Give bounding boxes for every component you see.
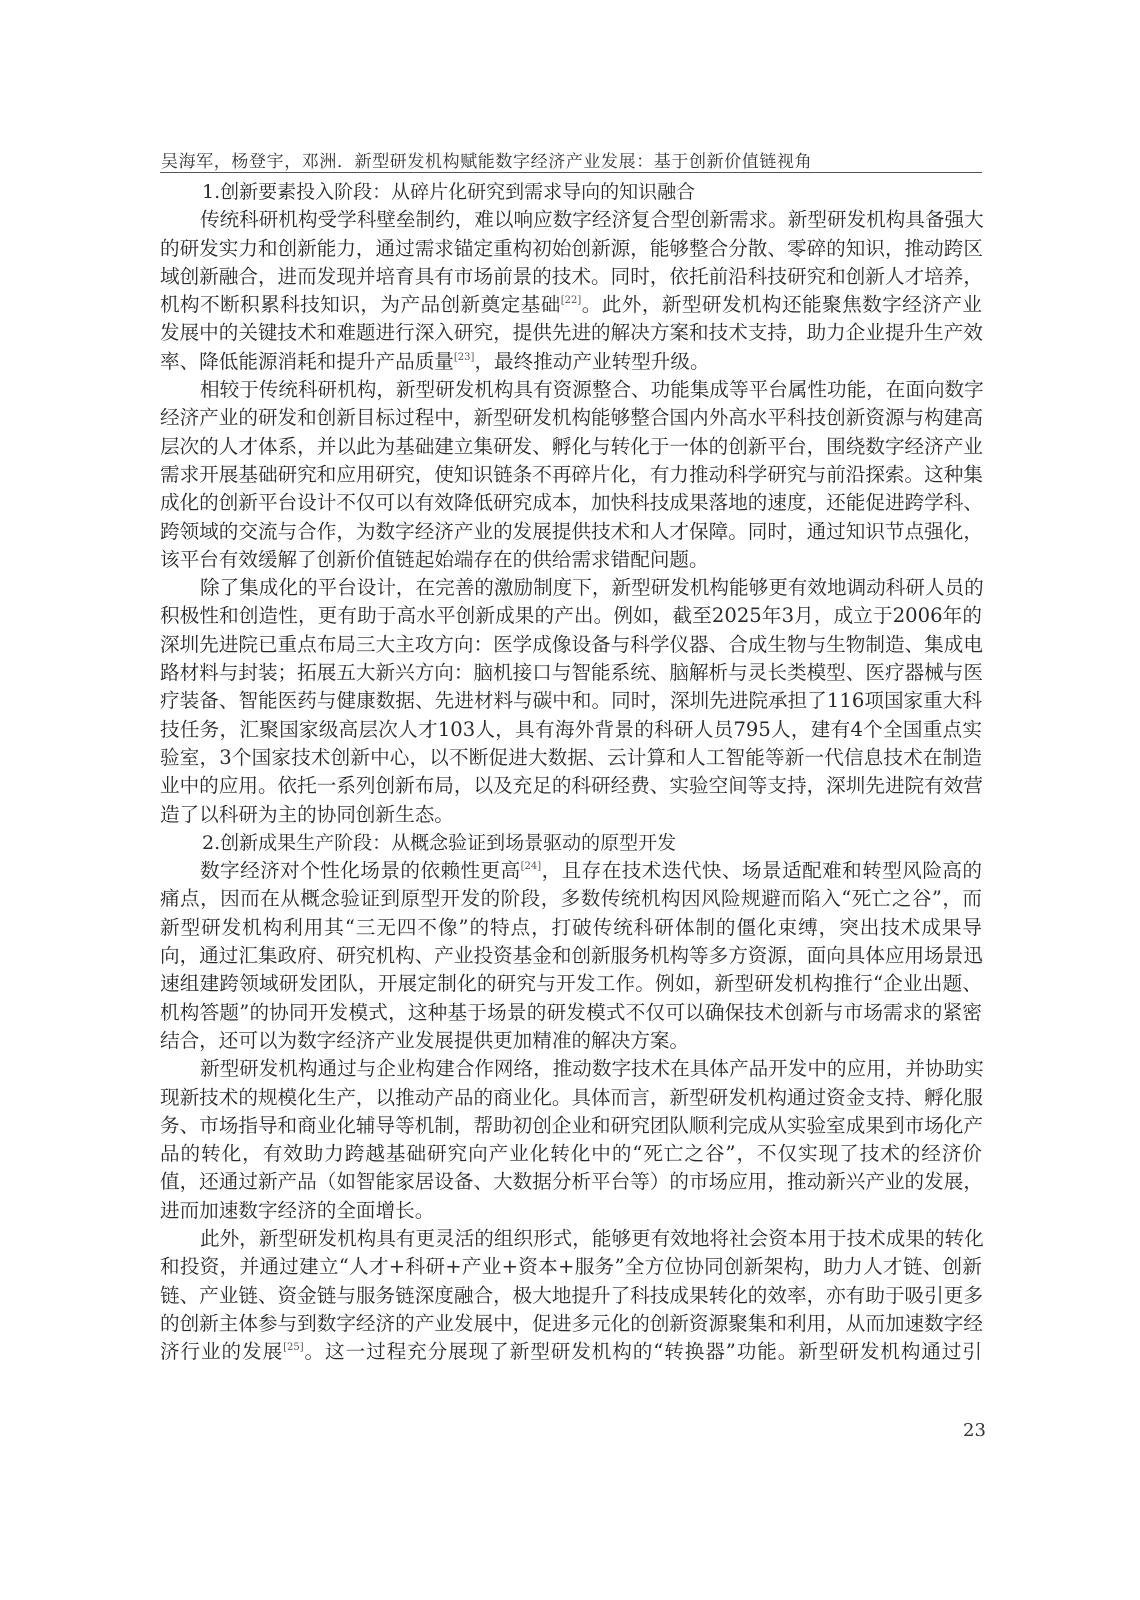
- line-text: 新型研发机构通过与企业构建合作网络，推动数字技术在具体产品开发中的应用，并协助实: [200, 1057, 984, 1080]
- line-text: 跨领域的交流与合作，为数字经济产业的发展提供技术和人才保障。同时，通过知识节点强…: [160, 520, 983, 543]
- line-text: 链、产业链、资金链与服务链深度融合，极大地提升了科技成果转化的效率，亦有助于吸引…: [160, 1284, 983, 1307]
- citation-ref: [22]: [561, 295, 582, 306]
- text-line: 域创新融合，进而发现并培育具有市场前景的技术。同时，依托前沿科技研究和创新人才培…: [160, 263, 982, 291]
- line-text: 济行业的发展: [160, 1340, 283, 1363]
- line-text: 传统科研机构受学科壁垒制约，难以响应数字经济复合型创新需求。新型研发机构具备强大: [200, 208, 984, 231]
- text-line: 数字经济对个性化场景的依赖性更高[24]，且存在技术迭代快、场景适配难和转型风险…: [160, 857, 982, 885]
- line-text: 痛点，因而在从概念验证到原型开发的阶段，多数传统机构因风险规避而陷入“死亡之谷”…: [160, 887, 982, 910]
- text-line: 速组建跨领域研发团队，开展定制化的研究与开发工作。例如，新型研发机构推行“企业出…: [160, 970, 982, 998]
- text-line: 验室，3个国家技术创新中心，以不断促进大数据、云计算和人工智能等新一代信息技术在…: [160, 744, 982, 772]
- line-text: 的研发实力和创新能力，通过需求锚定重构初始创新源，能够整合分散、零碎的知识，推动…: [160, 237, 983, 260]
- line-text: 层次的人才体系，并以此为基础建立集研发、孵化与转化于一体的创新平台，围绕数字经济…: [160, 435, 983, 458]
- line-text: 率、降低能源消耗和提升产品质量: [160, 350, 454, 373]
- line-text: ，且存在技术迭代快、场景适配难和转型风险高的: [541, 859, 982, 882]
- header-rule: [160, 172, 982, 173]
- line-text: 域创新融合，进而发现并培育具有市场前景的技术。同时，依托前沿科技研究和创新人才培…: [160, 265, 983, 288]
- line-text: 和投资，并通过建立“人才+科研+产业+资本+服务”全方位协同创新架构，助力人才链…: [160, 1255, 982, 1278]
- line-text: 的创新主体参与到数字经济的产业发展中，促进多元化的创新资源聚集和利用，从而加速数…: [160, 1312, 983, 1335]
- line-text: 机构不断积累科技知识，为产品创新奠定基础: [160, 293, 561, 316]
- article-body: 1.创新要素投入阶段：从碎片化研究到需求导向的知识融合传统科研机构受学科壁垒制约…: [160, 178, 982, 1366]
- text-line: 痛点，因而在从概念验证到原型开发的阶段，多数传统机构因风险规避而陷入“死亡之谷”…: [160, 885, 982, 913]
- text-line: 济行业的发展[25]。这一过程充分展现了新型研发机构的“转换器”功能。新型研发机…: [160, 1338, 982, 1366]
- text-line: 需求开展基础研究和应用研究，使知识链条不再碎片化，有力推动科学研究与前沿探索。这…: [160, 461, 982, 489]
- line-text: 相较于传统科研机构，新型研发机构具有资源整合、功能集成等平台属性功能，在面向数字: [200, 378, 984, 401]
- line-text: 新型研发机构利用其“三无四不像”的特点，打破传统科研体制的僵化束缚，突出技术成果…: [160, 916, 982, 939]
- line-text: 品的转化，有效助力跨越基础研究向产业化转化中的“死亡之谷”，不仅实现了技术的经济…: [160, 1142, 982, 1165]
- text-line: 结合，还可以为数字经济产业发展提供更加精准的解决方案。: [160, 1027, 982, 1055]
- line-text: ，最终推动产业转型升级。: [474, 350, 709, 373]
- page-number: 23: [963, 1420, 986, 1441]
- line-text: 数字经济对个性化场景的依赖性更高: [200, 859, 521, 882]
- line-text: 成化的创新平台设计不仅可以有效降低研究成本，加快科技成果落地的速度，还能促进跨学…: [160, 491, 983, 514]
- line-text: 机构答题”的协同开发模式，这种基于场景的研发模式不仅可以确保技术创新与市场需求的…: [160, 1001, 982, 1024]
- line-text: 2.创新成果生产阶段：从概念验证到场景驱动的原型开发: [202, 832, 676, 854]
- running-head: 吴海军，杨登宇，邓洲．新型研发机构赋能数字经济产业发展：基于创新价值链视角: [161, 147, 812, 172]
- section-heading: 1.创新要素投入阶段：从碎片化研究到需求导向的知识融合: [160, 178, 982, 206]
- line-text: 。此外，新型研发机构还能聚焦数字经济产业: [581, 293, 982, 316]
- text-line: 技任务，汇聚国家级高层次人才103人，具有海外背景的科研人员795人，建有4个全…: [160, 716, 982, 744]
- citation-ref: [25]: [283, 1342, 304, 1353]
- text-line: 发展中的关键技术和难题进行深入研究，提供先进的解决方案和技术支持，助力企业提升生…: [160, 319, 982, 347]
- line-text: 向，通过汇集政府、研究机构、产业投资基金和创新服务机构等多方资源，面向具体应用场…: [160, 944, 983, 967]
- text-line: 疗装备、智能医药与健康数据、先进材料与碳中和。同时，深圳先进院承担了116项国家…: [160, 687, 982, 715]
- line-text: 积极性和创造性，更有助于高水平创新成果的产出。例如，截至2025年3月，成立于2…: [160, 604, 982, 627]
- text-line: 机构不断积累科技知识，为产品创新奠定基础[22]。此外，新型研发机构还能聚焦数字…: [160, 291, 982, 319]
- line-text: 进而加速数字经济的全面增长。: [160, 1199, 434, 1222]
- line-text: 造了以科研为主的协同创新生态。: [160, 803, 454, 826]
- line-text: 速组建跨领域研发团队，开展定制化的研究与开发工作。例如，新型研发机构推行“企业出…: [160, 972, 982, 995]
- text-line: 链、产业链、资金链与服务链深度融合，极大地提升了科技成果转化的效率，亦有助于吸引…: [160, 1282, 982, 1310]
- text-line: 新型研发机构利用其“三无四不像”的特点，打破传统科研体制的僵化束缚，突出技术成果…: [160, 914, 982, 942]
- text-line: 该平台有效缓解了创新价值链起始端存在的供给需求错配问题。: [160, 546, 982, 574]
- text-line: 除了集成化的平台设计，在完善的激励制度下，新型研发机构能够更有效地调动科研人员的: [160, 574, 982, 602]
- text-line: 值，还通过新产品（如智能家居设备、大数据分析平台等）的市场应用，推动新兴产业的发…: [160, 1168, 982, 1196]
- line-text: 除了集成化的平台设计，在完善的激励制度下，新型研发机构能够更有效地调动科研人员的: [200, 576, 984, 599]
- line-text: 值，还通过新产品（如智能家居设备、大数据分析平台等）的市场应用，推动新兴产业的发…: [160, 1170, 983, 1193]
- line-text: 经济产业的研发和创新目标过程中，新型研发机构能够整合国内外高水平科技创新资源与构…: [160, 406, 983, 429]
- line-text: 此外，新型研发机构具有更灵活的组织形式，能够更有效地将社会资本用于技术成果的转化: [200, 1227, 984, 1250]
- text-line: 新型研发机构通过与企业构建合作网络，推动数字技术在具体产品开发中的应用，并协助实: [160, 1055, 982, 1083]
- line-text: 发展中的关键技术和难题进行深入研究，提供先进的解决方案和技术支持，助力企业提升生…: [160, 321, 983, 344]
- line-text: 深圳先进院已重点布局三大主攻方向：医学成像设备与科学仪器、合成生物与生物制造、集…: [160, 633, 983, 656]
- text-line: 的创新主体参与到数字经济的产业发展中，促进多元化的创新资源聚集和利用，从而加速数…: [160, 1310, 982, 1338]
- line-text: 结合，还可以为数字经济产业发展提供更加精准的解决方案。: [160, 1029, 689, 1052]
- line-text: 技任务，汇聚国家级高层次人才103人，具有海外背景的科研人员795人，建有4个全…: [160, 718, 982, 741]
- text-line: 传统科研机构受学科壁垒制约，难以响应数字经济复合型创新需求。新型研发机构具备强大: [160, 206, 982, 234]
- line-text: 1.创新要素投入阶段：从碎片化研究到需求导向的知识融合: [202, 181, 695, 203]
- citation-ref: [24]: [521, 861, 542, 872]
- text-line: 路材料与封装；拓展五大新兴方向：脑机接口与智能系统、脑解析与灵长类模型、医疗器械…: [160, 659, 982, 687]
- text-line: 进而加速数字经济的全面增长。: [160, 1197, 982, 1225]
- section-heading: 2.创新成果生产阶段：从概念验证到场景驱动的原型开发: [160, 829, 982, 857]
- line-text: 疗装备、智能医药与健康数据、先进材料与碳中和。同时，深圳先进院承担了116项国家…: [160, 689, 982, 712]
- line-text: 务、市场指导和商业化辅导等机制，帮助初创企业和研究团队顺利完成从实验室成果到市场…: [160, 1114, 983, 1137]
- text-line: 造了以科研为主的协同创新生态。: [160, 801, 982, 829]
- text-line: 积极性和创造性，更有助于高水平创新成果的产出。例如，截至2025年3月，成立于2…: [160, 602, 982, 630]
- text-line: 机构答题”的协同开发模式，这种基于场景的研发模式不仅可以确保技术创新与市场需求的…: [160, 999, 982, 1027]
- line-text: 验室，3个国家技术创新中心，以不断促进大数据、云计算和人工智能等新一代信息技术在…: [160, 746, 982, 769]
- text-line: 率、降低能源消耗和提升产品质量[23]，最终推动产业转型升级。: [160, 348, 982, 376]
- text-line: 业中的应用。依托一系列创新布局，以及充足的科研经费、实验空间等支持，深圳先进院有…: [160, 772, 982, 800]
- citation-ref: [23]: [454, 352, 475, 363]
- text-line: 的研发实力和创新能力，通过需求锚定重构初始创新源，能够整合分散、零碎的知识，推动…: [160, 235, 982, 263]
- line-text: 路材料与封装；拓展五大新兴方向：脑机接口与智能系统、脑解析与灵长类模型、医疗器械…: [160, 661, 983, 684]
- text-line: 务、市场指导和商业化辅导等机制，帮助初创企业和研究团队顺利完成从实验室成果到市场…: [160, 1112, 982, 1140]
- text-line: 向，通过汇集政府、研究机构、产业投资基金和创新服务机构等多方资源，面向具体应用场…: [160, 942, 982, 970]
- text-line: 品的转化，有效助力跨越基础研究向产业化转化中的“死亡之谷”，不仅实现了技术的经济…: [160, 1140, 982, 1168]
- text-line: 成化的创新平台设计不仅可以有效降低研究成本，加快科技成果落地的速度，还能促进跨学…: [160, 489, 982, 517]
- text-line: 层次的人才体系，并以此为基础建立集研发、孵化与转化于一体的创新平台，围绕数字经济…: [160, 433, 982, 461]
- line-text: 业中的应用。依托一系列创新布局，以及充足的科研经费、实验空间等支持，深圳先进院有…: [160, 774, 983, 797]
- text-line: 此外，新型研发机构具有更灵活的组织形式，能够更有效地将社会资本用于技术成果的转化: [160, 1225, 982, 1253]
- text-line: 现新技术的规模化生产，以推动产品的商业化。具体而言，新型研发机构通过资金支持、孵…: [160, 1084, 982, 1112]
- text-line: 跨领域的交流与合作，为数字经济产业的发展提供技术和人才保障。同时，通过知识节点强…: [160, 518, 982, 546]
- line-text: 。这一过程充分展现了新型研发机构的“转换器”功能。新型研发机构通过引: [304, 1340, 982, 1363]
- line-text: 该平台有效缓解了创新价值链起始端存在的供给需求错配问题。: [160, 548, 709, 571]
- text-line: 深圳先进院已重点布局三大主攻方向：医学成像设备与科学仪器、合成生物与生物制造、集…: [160, 631, 982, 659]
- line-text: 需求开展基础研究和应用研究，使知识链条不再碎片化，有力推动科学研究与前沿探索。这…: [160, 463, 983, 486]
- text-line: 相较于传统科研机构，新型研发机构具有资源整合、功能集成等平台属性功能，在面向数字: [160, 376, 982, 404]
- line-text: 现新技术的规模化生产，以推动产品的商业化。具体而言，新型研发机构通过资金支持、孵…: [160, 1086, 983, 1109]
- text-line: 经济产业的研发和创新目标过程中，新型研发机构能够整合国内外高水平科技创新资源与构…: [160, 404, 982, 432]
- text-line: 和投资，并通过建立“人才+科研+产业+资本+服务”全方位协同创新架构，助力人才链…: [160, 1253, 982, 1281]
